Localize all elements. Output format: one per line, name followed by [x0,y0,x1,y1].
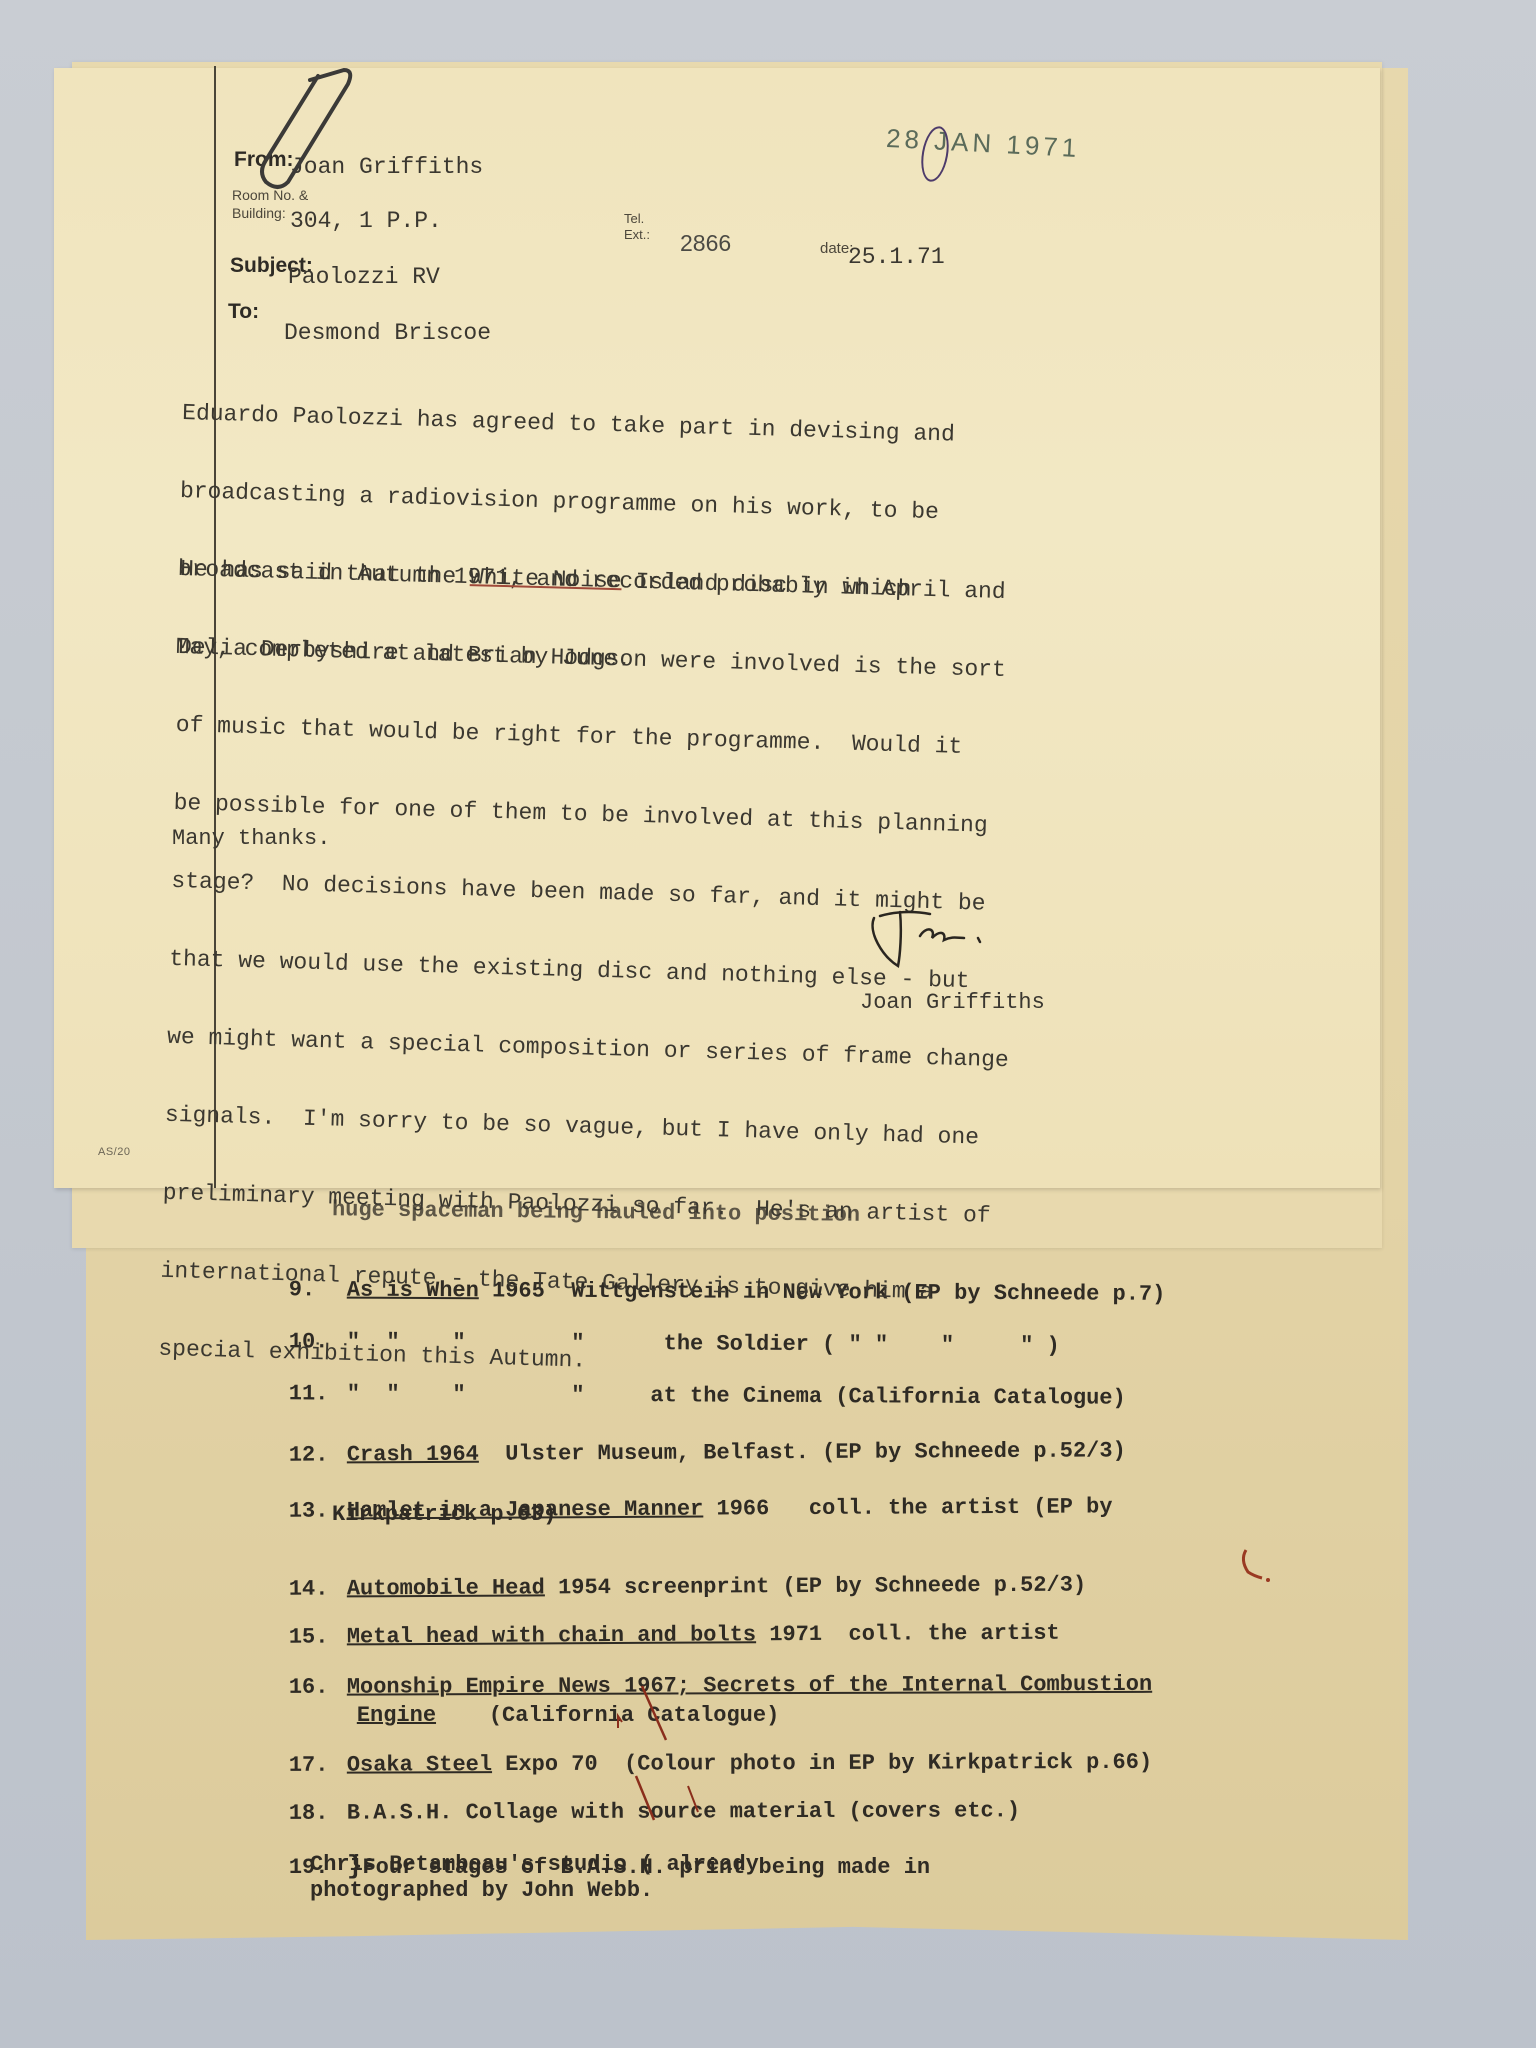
handwritten-signature [860,888,1020,978]
to-label: To: [228,300,259,324]
ext-label: Ext.: [624,226,650,244]
room-value: 304, 1 P.P. [290,208,442,234]
white-noise-underlined: White Noise [470,564,622,594]
to-value: Desmond Briscoe [284,320,491,346]
typed-signature-name: Joan Griffiths [860,990,1045,1015]
building-label: Building: [232,204,286,222]
subject-value: Paolozzi RV [288,264,440,290]
memo-sheet: AS/20 From: Room No. & Building: Subject… [54,68,1380,1188]
received-date-stamp: 28 JAN 1971 [885,123,1081,164]
closing: Many thanks. [172,826,330,851]
form-code: AS/20 [98,1146,130,1158]
date-value: 25.1.71 [848,244,945,270]
ext-value: 2866 [680,230,731,257]
paperclip-icon [248,62,358,192]
